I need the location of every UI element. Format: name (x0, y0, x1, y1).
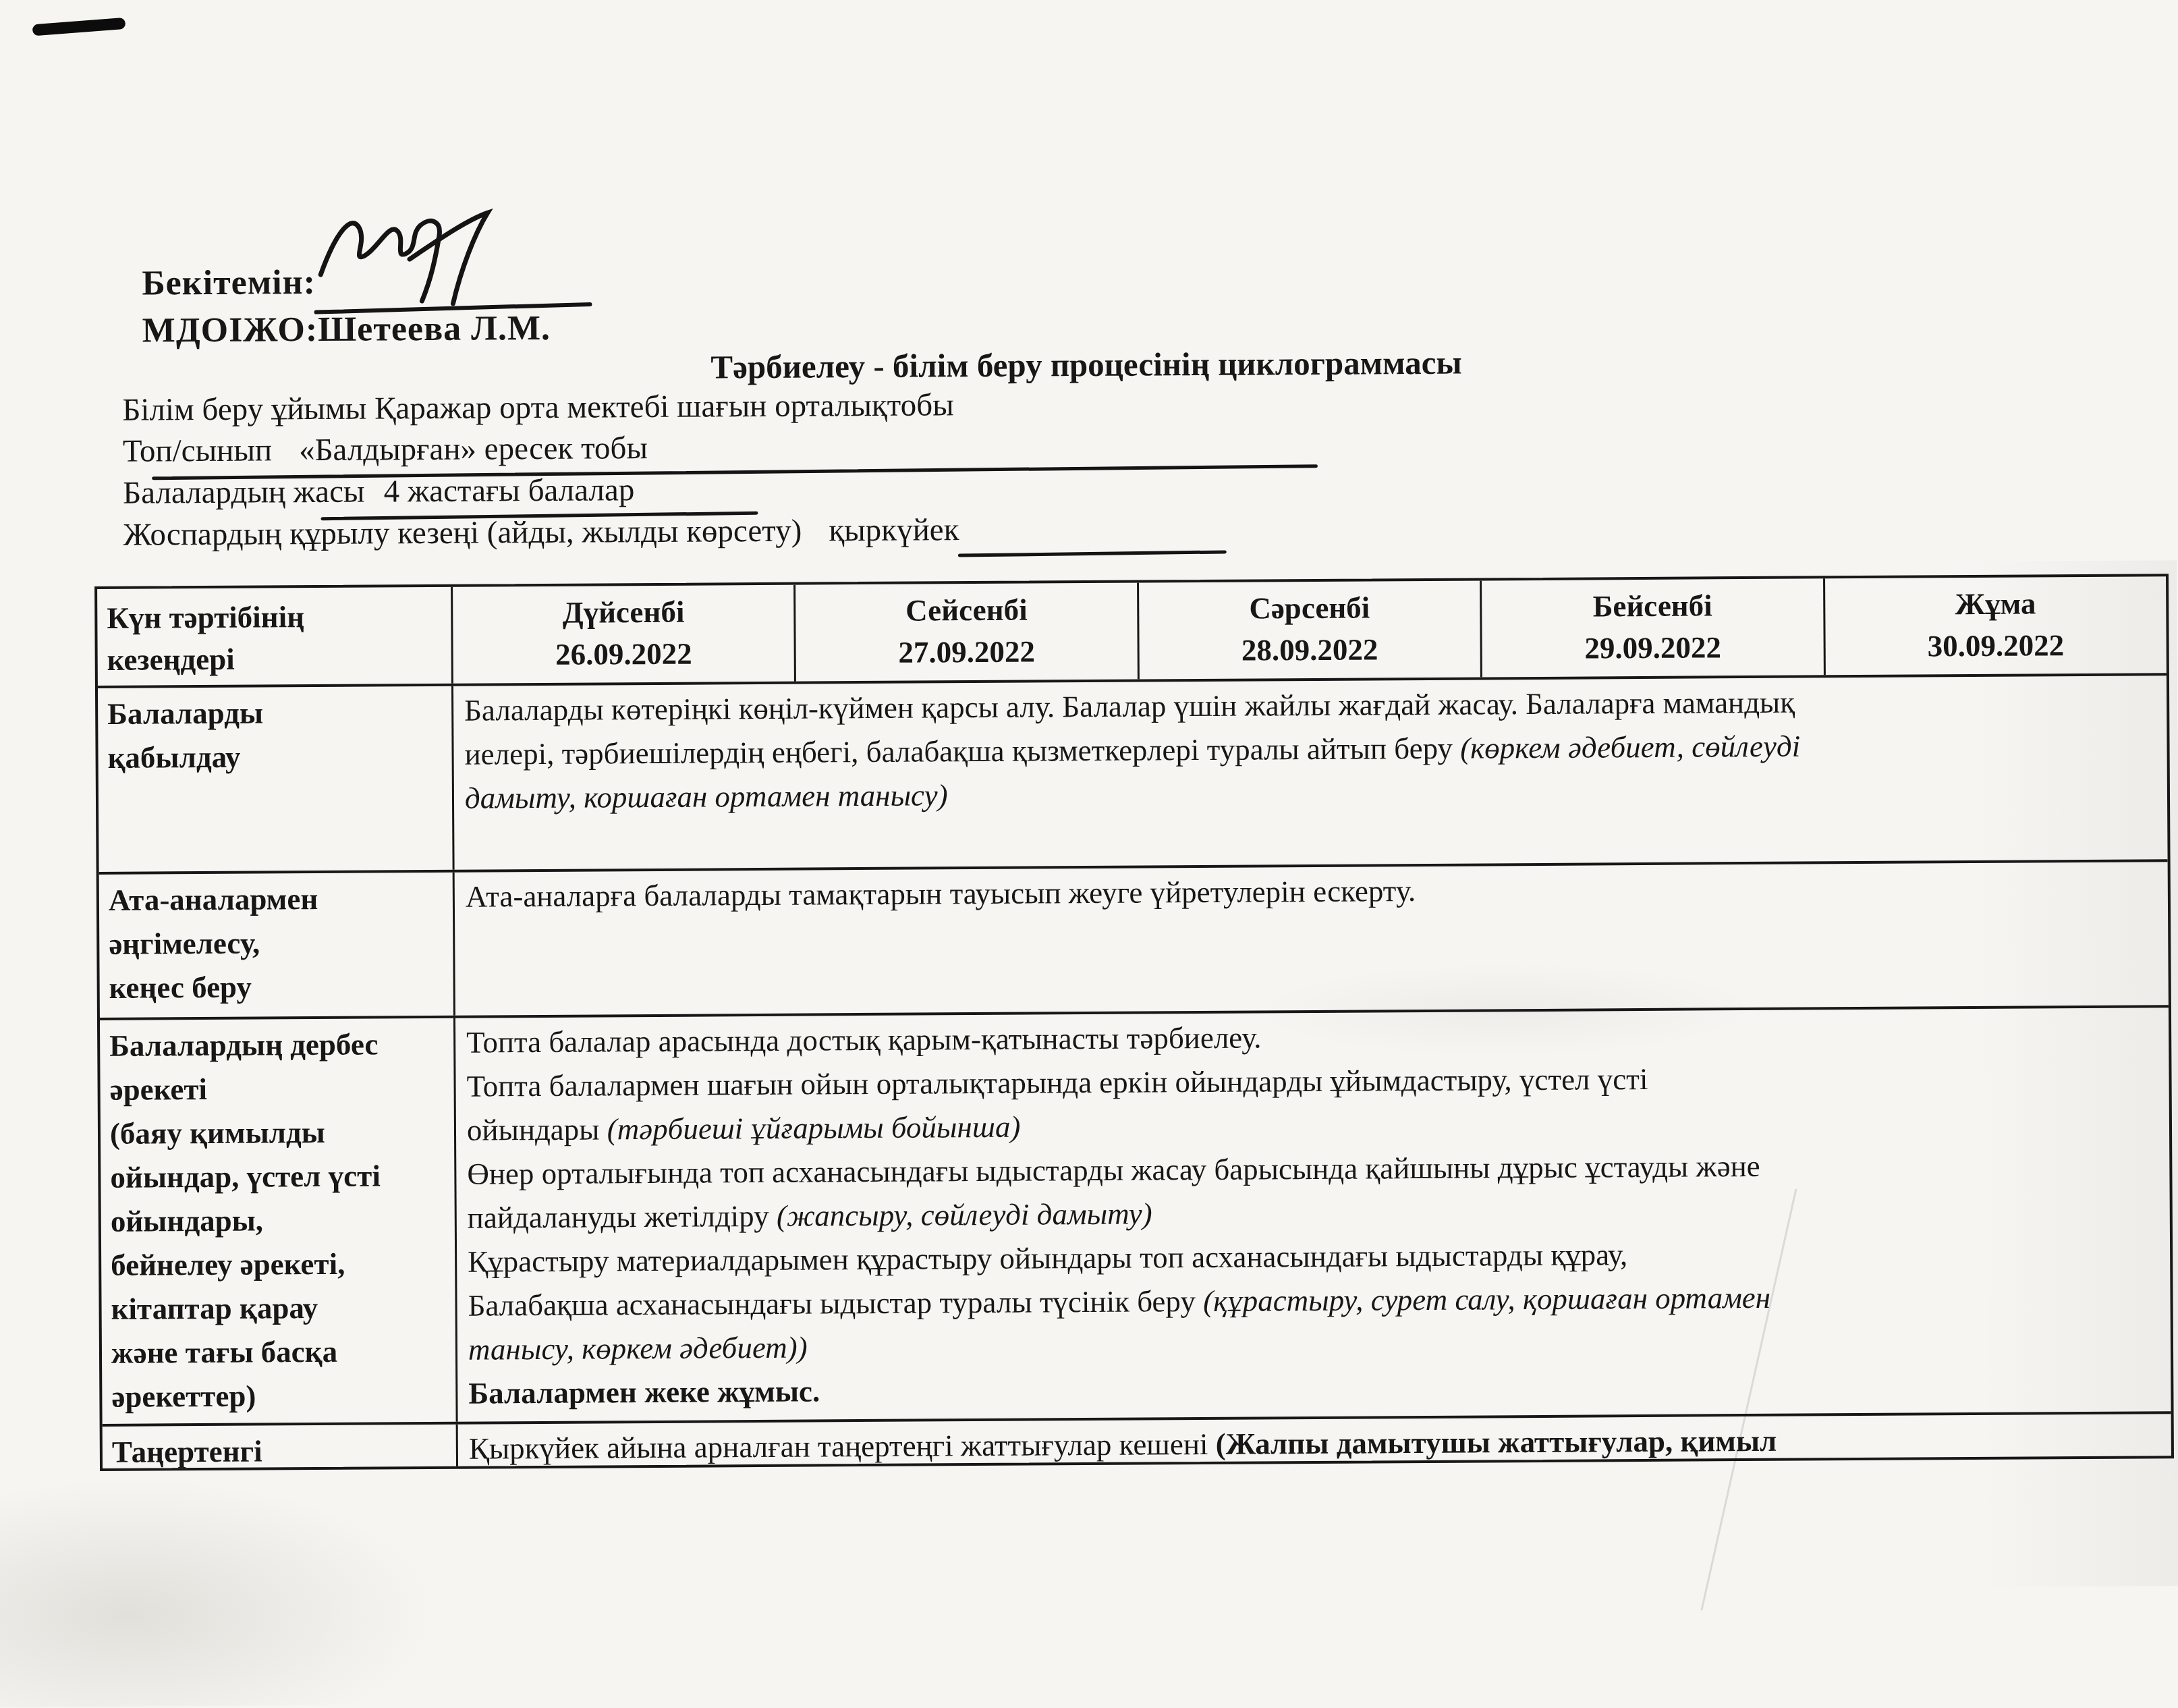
text-segment: Балабақша асханасындағы ыдыстар туралы т… (468, 1284, 1203, 1323)
text-segment: Құрастыру материалдарымен құрастыру ойын… (468, 1238, 1627, 1278)
table-row: Ата-аналармен әңгімелесу, кеңес беруАта-… (99, 859, 2169, 1018)
header-period-column: Күн тәртібінің кезеңдері (97, 587, 451, 686)
row-label: Балаларды қабылдау (98, 686, 453, 872)
group-line: Топ/сынып«Балдырған» ересек тобы (123, 430, 648, 470)
row-content: Балаларды көтеріңкі көңіл-күймен қарсы а… (451, 676, 2168, 870)
day-date: 26.09.2022 (462, 632, 785, 676)
paragraph: Балалармен жеке жұмыс. (468, 1361, 2160, 1415)
paragraph: Балабақша асханасындағы ыдыстар туралы т… (468, 1273, 2160, 1371)
paragraph: Балаларды көтеріңкі көңіл-күймен қарсы а… (464, 678, 2156, 820)
day-name: Бейсенбі (1491, 584, 1814, 628)
table-body: Балаларды қабылдауБалаларды көтеріңкі кө… (98, 673, 2171, 1468)
marker-stroke-artifact (32, 18, 126, 36)
period-value: қыркүйек (829, 512, 959, 548)
day-date: 30.09.2022 (1835, 624, 2157, 667)
scan-shadow-bottom-left (0, 1475, 437, 1598)
signature (308, 194, 532, 320)
text-segment: (Жалпы дамытушы жаттығулар, қимыл (1216, 1424, 1777, 1461)
row-label: Ата-аналармен әңгімелесу, кеңес беру (99, 873, 453, 1018)
group-label: Топ/сынып (123, 433, 273, 468)
header-day-4: Бейсенбі29.09.2022 (1480, 578, 1823, 677)
day-name: Жұма (1835, 582, 2157, 626)
paragraph: Қыркүйек айына арналған таңертеңгі жатты… (469, 1416, 2160, 1466)
day-name: Сәрсенбі (1148, 586, 1471, 630)
period-underline (958, 550, 1227, 557)
age-label: Балалардың жасы (123, 474, 365, 511)
text-segment: (тәрбиеші ұйғарымы бойынша) (607, 1110, 1021, 1147)
text-segment: Ата-аналарға балаларды тамақтарын тауысы… (466, 874, 1416, 914)
day-date: 29.09.2022 (1492, 626, 1814, 669)
header-day-1: Дүйсенбі26.09.2022 (451, 585, 794, 684)
header-day-5: Жұма30.09.2022 (1823, 576, 2167, 675)
table-header-row: Күн тәртібінің кезеңдеріДүйсенбі26.09.20… (97, 576, 2167, 686)
row-content: Топта балалар арасында достық қарым-қаты… (453, 1008, 2171, 1422)
day-name: Дүйсенбі (462, 590, 785, 634)
day-name: Сейсенбі (805, 588, 1127, 632)
row-content: Ата-аналарға балаларды тамақтарын тауысы… (453, 862, 2169, 1016)
approval-label: Бекітемін: (142, 263, 316, 304)
row-label: Таңертенгі (103, 1425, 456, 1468)
text-segment: (жапсыру, сөйлеуді дамыту) (777, 1196, 1152, 1232)
period-label: Жоспардың құрылу кезеңі (айды, жылды көр… (123, 514, 802, 553)
group-value: «Балдырған» ересек тобы (299, 431, 648, 468)
header-day-3: Сәрсенбі28.09.2022 (1137, 580, 1480, 679)
row-content: Қыркүйек айына арналған таңертеңгі жатты… (456, 1414, 2171, 1466)
header-day-2: Сейсенбі27.09.2022 (793, 583, 1137, 682)
paragraph: Топта балалармен шағын ойын орталықтарын… (466, 1054, 2158, 1152)
age-value: 4 жастағы балалар (383, 472, 634, 509)
cyclogram-table: Күн тәртібінің кезеңдеріДүйсенбі26.09.20… (94, 574, 2174, 1471)
approver-line: МДОІЖО:Шетеева Л.М. (142, 308, 551, 351)
paragraph: Ата-аналарға балаларды тамақтарын тауысы… (466, 864, 2157, 918)
table-row: Балаларды қабылдауБалаларды көтеріңкі кө… (98, 673, 2168, 872)
row-label: Балалардың дербес әрекеті (баяу қимылды … (100, 1018, 456, 1424)
text-segment: Қыркүйек айына арналған таңертеңгі жатты… (469, 1427, 1216, 1466)
table-row: Балалардың дербес әрекеті (баяу қимылды … (100, 1005, 2171, 1424)
scanned-document-page: Бекітемін: МДОІЖО:Шетеева Л.М. Тәрбиелеу… (0, 0, 2178, 1598)
period-line: Жоспардың құрылу кезеңі (айды, жылды көр… (123, 512, 959, 553)
day-date: 28.09.2022 (1148, 628, 1471, 672)
paragraph: Өнер орталығында топ асханасындағы ыдыст… (467, 1142, 2159, 1240)
age-line: Балалардың жасы4 жастағы балалар (123, 472, 634, 512)
organization-line: Білім беру ұйымы Қаражар орта мектебі ша… (122, 387, 954, 429)
day-date: 27.09.2022 (806, 630, 1128, 674)
text-segment: Балалармен жеке жұмыс. (468, 1374, 820, 1410)
text-segment: Топта балалар арасында достық қарым-қаты… (466, 1020, 1261, 1059)
